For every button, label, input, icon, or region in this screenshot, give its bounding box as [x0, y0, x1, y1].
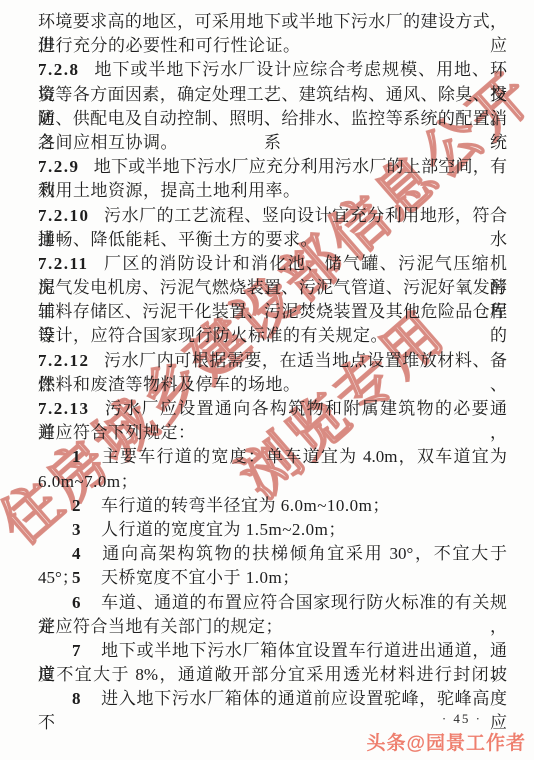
clause-number: 7.2.8	[38, 60, 80, 79]
line-text: 之间应相互协调。	[38, 133, 178, 152]
line-text: 并应符合当地有关部门的规定；	[38, 617, 283, 636]
document-page: 住房城乡建设部信息公开 浏览专用 环境要求高的地区，可采用地下或半地下污水厂的建…	[0, 0, 534, 760]
item-number: 1	[72, 447, 81, 466]
line-text: 通畅、降低能耗、平衡土方的要求。	[38, 230, 318, 249]
line-text: 进行充分的必要性和可行性论证。	[38, 36, 301, 55]
text-line: 利用土地资源，提高土地利用率。	[38, 179, 507, 203]
item-line: 2车行道的转弯半径宜为 6.0m~10.0m；	[38, 494, 507, 518]
line-text: 进入地下污水厂箱体的通道前应设置驼峰，驼峰高度不应	[38, 689, 507, 732]
text-block: 环境要求高的地区，可采用地下或半地下污水厂的建设方式，但应进行充分的必要性和可行…	[38, 10, 507, 711]
clause-line: 7.2.11厂区的消防设计和消化池、储气罐、污泥气压缩机房、污	[38, 252, 507, 276]
clause-line: 7.2.9地下或半地下污水厂应充分利用污水厂的上部空间，有效	[38, 155, 507, 179]
item-number: 2	[72, 496, 81, 515]
item-number: 7	[72, 641, 81, 660]
clause-line: 7.2.12污水厂内可根据需要，在适当地点设置堆放材料、备件、	[38, 349, 507, 373]
line-text: 利用土地资源，提高土地利用率。	[38, 181, 301, 200]
clause-number: 7.2.11	[38, 254, 89, 273]
line-text: 人行道的宽度宜为 1.5m~2.0m；	[101, 520, 346, 539]
item-number: 6	[72, 593, 81, 612]
item-number: 3	[72, 520, 81, 539]
clause-number: 7.2.9	[38, 157, 80, 176]
text-line: 环境要求高的地区，可采用地下或半地下污水厂的建设方式，但应	[38, 10, 507, 34]
item-line: 7地下或半地下污水厂箱体宜设置车行道进出通道，通道坡	[38, 639, 507, 663]
item-number: 8	[72, 689, 81, 708]
clause-line: 7.2.13污水厂应设置通向各构筑物和附属建筑物的必要通道，	[38, 397, 507, 421]
footer-watermark-credit: 头条@园景工作者	[366, 728, 526, 755]
line-text: 设计，应符合国家现行防火标准的有关规定。	[38, 326, 388, 345]
clause-line: 7.2.8地下或半地下污水厂设计应综合考虑规模、用地、环境、投	[38, 58, 507, 82]
line-text: 天桥宽度不宜小于 1.0m；	[101, 568, 300, 587]
item-number: 5	[72, 568, 81, 587]
line-text: 度不宜大于 8%，通道敞开部分宜采用透光材料进行封闭；	[38, 665, 507, 684]
line-text: 主要车行道的宽度：单车道宜为 4.0m，双车道宜为	[101, 447, 508, 466]
clause-number: 7.2.12	[38, 351, 90, 370]
text-line: 防、供配电及自动控制、照明、给排水、监控等系统的配置。各系统	[38, 107, 507, 131]
clause-number: 7.2.10	[38, 206, 90, 225]
page-number: · 45 ·	[442, 711, 482, 727]
item-line: 3人行道的宽度宜为 1.5m~2.0m；	[38, 518, 507, 542]
line-text: 并应符合下列规定：	[38, 423, 196, 442]
text-line: 资等各方面因素，确定处理工艺、建筑结构、通风、除臭、交通、消	[38, 83, 507, 107]
item-line: 8进入地下污水厂箱体的通道前应设置驼峰，驼峰高度不应	[38, 687, 507, 711]
line-text: 燃料和废渣等物料及停车的场地。	[38, 375, 301, 394]
clause-number: 7.2.13	[38, 399, 90, 418]
item-line: 6车道、通道的布置应符合国家现行防火标准的有关规定，	[38, 591, 507, 615]
text-line: 6.0m~7.0m；	[38, 470, 507, 494]
line-text: 6.0m~7.0m；	[38, 472, 138, 491]
line-text: 车行道的转弯半径宜为 6.0m~10.0m；	[101, 496, 390, 515]
clause-line: 7.2.10污水厂的工艺流程、竖向设计宜充分利用地形，符合排水	[38, 204, 507, 228]
text-line: 度不宜大于 8%，通道敞开部分宜采用透光材料进行封闭；	[38, 663, 507, 687]
item-line: 4通向高架构筑物的扶梯倾角宜采用 30°，不宜大于 45°；	[38, 542, 507, 566]
item-line: 1主要车行道的宽度：单车道宜为 4.0m，双车道宜为	[38, 445, 507, 469]
item-line: 5天桥宽度不宜小于 1.0m；	[38, 566, 507, 590]
text-line: 泥气发电机房、污泥气燃烧装置、污泥气管道、污泥好氧发酵工程	[38, 276, 507, 300]
item-number: 4	[72, 544, 81, 563]
text-line: 辅料存储区、污泥干化装置、污泥焚烧装置及其他危险品仓库等的	[38, 300, 507, 324]
